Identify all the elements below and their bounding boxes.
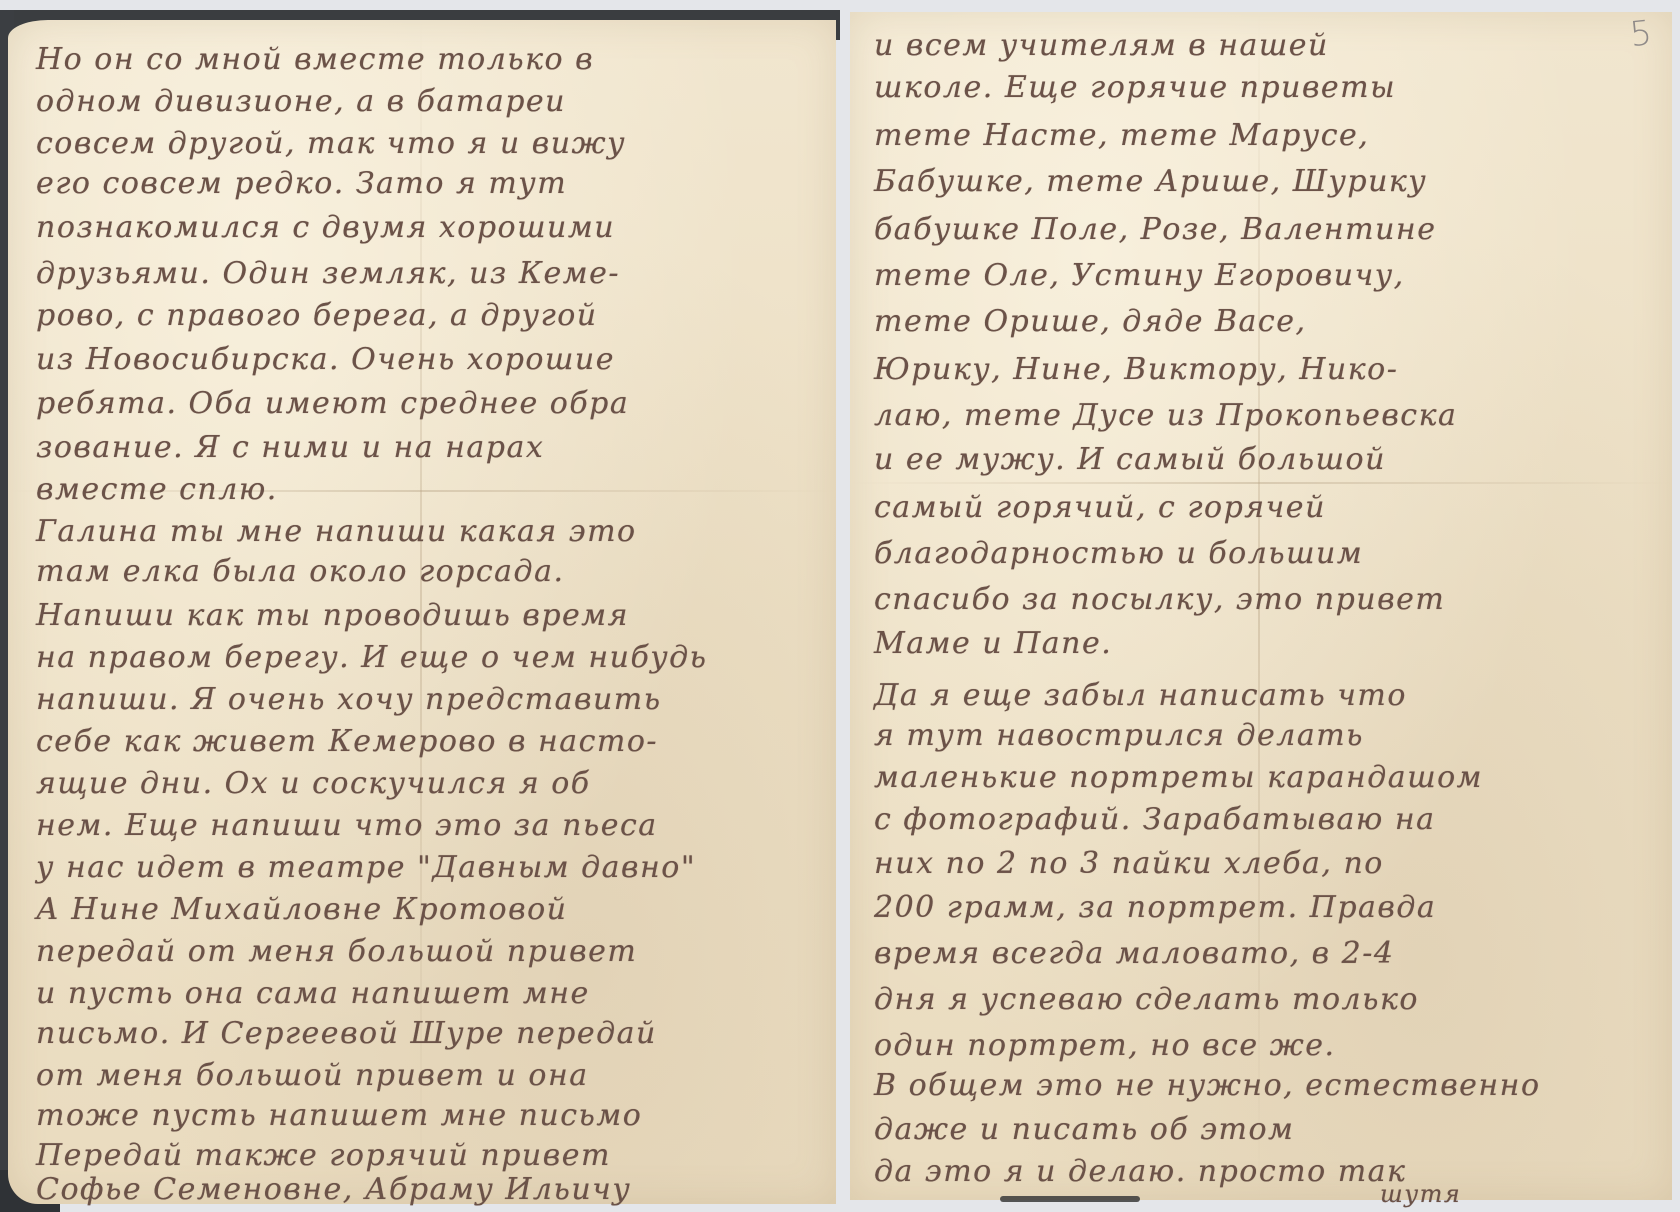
text-line: от меня большой привет и она — [36, 1058, 589, 1093]
text-line: школе. Еще горячие приветы — [874, 70, 1396, 105]
text-line: одном дивизионе, а в батареи — [36, 84, 566, 119]
text-line: тоже пусть напишет мне письмо — [36, 1098, 642, 1133]
text-line: там елка была около горсада. — [36, 554, 565, 589]
text-line: ящие дни. Ох и соскучился я об — [36, 766, 591, 801]
text-line: совсем другой, так что я и вижу — [36, 126, 626, 161]
text-line: Софье Семеновне, Абраму Ильичу — [36, 1172, 631, 1207]
text-line: Напиши как ты проводишь время — [36, 598, 629, 633]
text-line: благодарностью и большим — [874, 536, 1363, 571]
text-line: и ее мужу. И самый большой — [874, 442, 1386, 477]
text-line: нем. Еще напиши что это за пьеса — [36, 808, 658, 843]
text-line: у нас идет в театре "Давным давно" — [36, 850, 696, 885]
text-line: шутя — [1380, 1180, 1461, 1208]
text-line: письмо. И Сергеевой Шуре передай — [36, 1016, 657, 1051]
text-line: напиши. Я очень хочу представить — [36, 682, 662, 717]
text-line: вместе сплю. — [36, 472, 278, 507]
text-line: тете Орише, дяде Васе, — [874, 304, 1307, 339]
left-page-text: Но он со мной вместе только в одном диви… — [8, 20, 836, 1204]
text-line: познакомился с двумя хорошими — [36, 210, 615, 245]
text-line: лаю, тете Дусе из Прокопьевска — [874, 398, 1457, 433]
scan-shadow — [1000, 1196, 1140, 1202]
page-number: 5 — [1628, 13, 1654, 55]
text-line: тете Оле, Устину Егоровичу, — [874, 258, 1405, 293]
text-line: из Новосибирска. Очень хорошие — [36, 342, 615, 377]
text-line: Бабушке, тете Арише, Шурику — [874, 164, 1427, 199]
text-line: его совсем редко. Зато я тут — [36, 166, 567, 201]
text-line: зование. Я с ними и на нарах — [36, 430, 544, 465]
text-line: маленькие портреты карандашом — [874, 760, 1483, 795]
text-line: себе как живет Кемерово в насто- — [36, 724, 658, 759]
text-line: да это я и делаю. просто так — [874, 1154, 1406, 1189]
text-line: ребята. Оба имеют среднее обра — [36, 386, 629, 421]
text-line: даже и писать об этом — [874, 1112, 1294, 1147]
text-line: Но он со мной вместе только в — [36, 42, 594, 77]
text-line: рово, с правого берега, а другой — [36, 298, 598, 333]
text-line: и всем учителям в нашей — [874, 28, 1329, 63]
letter-page-right: и всем учителям в нашей школе. Еще горяч… — [850, 12, 1672, 1200]
letter-page-left: Но он со мной вместе только в одном диви… — [8, 20, 836, 1204]
text-line: Да я еще забыл написать что — [874, 678, 1407, 713]
text-line: самый горячий, с горячей — [874, 490, 1326, 525]
right-page-text: и всем учителям в нашей школе. Еще горяч… — [850, 12, 1672, 1200]
text-line: тете Насте, тете Марусе, — [874, 118, 1369, 153]
text-line: Маме и Папе. — [874, 626, 1112, 661]
text-line: друзьями. Один земляк, из Кеме- — [36, 256, 620, 291]
text-line: А Нине Михайловне Кротовой — [36, 892, 567, 927]
text-line: на правом берегу. И еще о чем нибудь — [36, 640, 708, 675]
text-line: один портрет, но все же. — [874, 1028, 1336, 1063]
text-line: время всегда маловато, в 2-4 — [874, 936, 1394, 971]
text-line: передай от меня большой привет — [36, 934, 637, 969]
text-line: спасибо за посылку, это привет — [874, 582, 1445, 617]
text-line: и пусть она сама напишет мне — [36, 976, 590, 1011]
text-line: дня я успеваю сделать только — [874, 982, 1419, 1017]
text-line: с фотографий. Зарабатываю на — [874, 802, 1436, 837]
text-line: 200 грамм, за портрет. Правда — [874, 890, 1436, 925]
text-line: Юрику, Нине, Виктору, Нико- — [874, 352, 1398, 387]
text-line: Передай также горячий привет — [36, 1138, 611, 1173]
text-line: них по 2 по 3 пайки хлеба, по — [874, 846, 1384, 881]
text-line: В общем это не нужно, естественно — [874, 1068, 1541, 1103]
text-line: Галина ты мне напиши какая это — [36, 514, 637, 549]
text-line: я тут навострился делать — [874, 718, 1364, 753]
text-line: бабушке Поле, Розе, Валентине — [874, 212, 1436, 247]
